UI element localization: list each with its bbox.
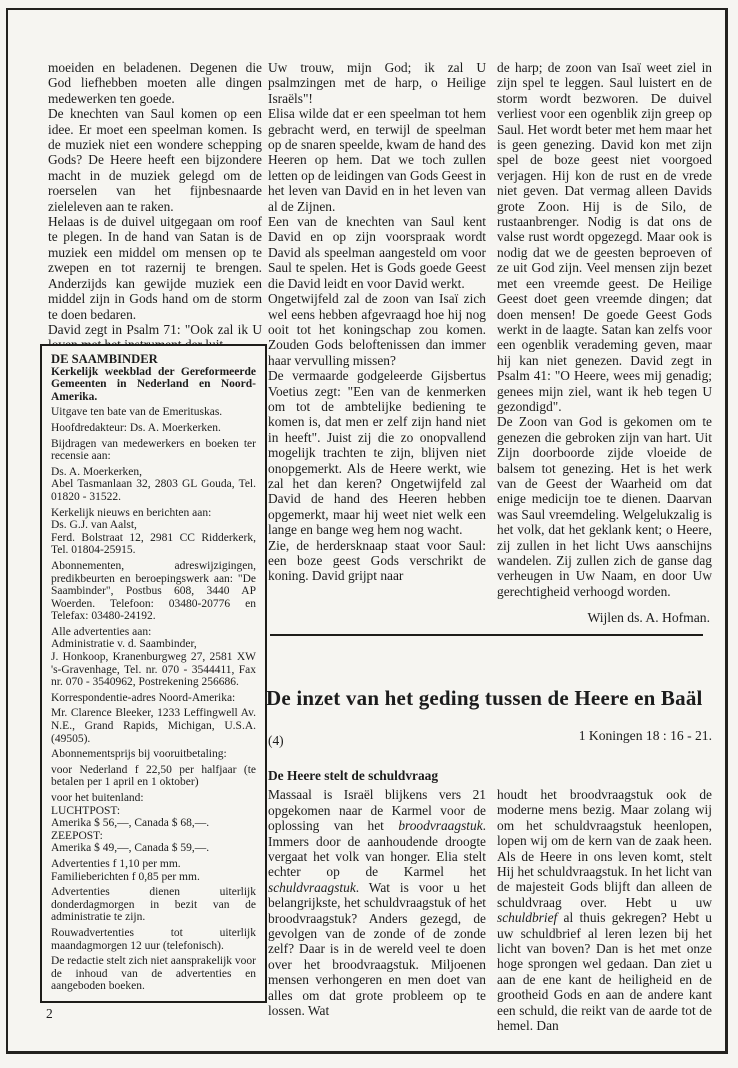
colophon-line: De redactie stelt zich niet aansprakelij… [51, 955, 256, 993]
article-bottom-column-right: houdt het broodvraagstuk ook de moderne … [497, 787, 712, 1034]
colophon-line: Ds. G.J. van Aalst, [51, 519, 256, 532]
article-headline: De inzet van het geding tussen de Heere … [266, 686, 716, 711]
scanned-newspaper-page: { "colors": { "paper": "#f6f5f1", "ink":… [0, 0, 738, 1068]
paragraph: Helaas is de duivel uitgegaan om roof te… [48, 214, 262, 322]
series-part-number: (4) [268, 733, 284, 749]
paragraph: Elisa wilde dat er een speelman tot hem … [268, 106, 486, 214]
page-number: 2 [46, 1006, 53, 1022]
colophon-line: Uitgave ten bate van de Emerituskas. [51, 406, 256, 419]
colophon-line: Ferd. Bolstraat 12, 2981 CC Ridderkerk, … [51, 532, 256, 557]
colophon-line: ZEEPOST: [51, 830, 256, 843]
paragraph: de harp; de zoon van Isaï weet ziel in z… [497, 60, 712, 414]
paragraph: Zie, de herdersknaap staat voor Saul: ee… [268, 538, 486, 584]
article-top-column-1: moeiden en beladenen. Degenen die God li… [48, 60, 262, 353]
paragraph: De vermaarde godgeleerde Gijsbertus Voet… [268, 368, 486, 537]
colophon-line: Abel Tasmanlaan 32, 2803 GL Gouda, Tel. … [51, 478, 256, 503]
paragraph: Uw trouw, mijn God; ik zal U psalmzingen… [268, 60, 486, 106]
article-top-column-2: Uw trouw, mijn God; ik zal U psalmzingen… [268, 60, 486, 584]
colophon-line: Abonnementsprijs bij vooruitbetaling: [51, 748, 256, 761]
colophon-line: Alle advertenties aan: [51, 626, 256, 639]
colophon-line: Rouwadvertenties tot uiterlijk maandagmo… [51, 927, 256, 952]
colophon-line: Amerika $ 49,—, Canada $ 59,—. [51, 842, 256, 855]
colophon-line: Korrespondentie-adres Noord-Amerika: [51, 692, 256, 705]
paragraph: Ongetwijfeld zal de zoon van Isaï zich w… [268, 291, 486, 368]
paragraph: De knechten van Saul komen op een idee. … [48, 106, 262, 214]
colophon-line: Advertenties dienen uiterlijk donderdagm… [51, 886, 256, 924]
colophon-line: Amerika $ 56,—, Canada $ 68,—. [51, 817, 256, 830]
article-subhead: De Heere stelt de schuldvraag [268, 768, 486, 783]
colophon-line: Kerkelijk nieuws en berichten aan: [51, 507, 256, 520]
paragraph: Een van de knechten van Saul kent David … [268, 214, 486, 291]
colophon-line: Mr. Clarence Bleeker, 1233 Leffingwell A… [51, 707, 256, 745]
colophon-line: J. Honkoop, Kranenburgweg 27, 2581 XW 's… [51, 651, 256, 689]
colophon-line: Kerkelijk weekblad der Gereformeerde Gem… [51, 366, 256, 404]
colophon-line: DE SAAMBINDER [51, 353, 256, 366]
colophon-line: Familieberichten f 0,85 per mm. [51, 871, 256, 884]
article-top-column-3: de harp; de zoon van Isaï weet ziel in z… [497, 60, 712, 599]
scripture-reference: 1 Koningen 18 : 16 - 21. [497, 728, 712, 744]
paragraph: moeiden en beladenen. Degenen die God li… [48, 60, 262, 106]
colophon-line: voor het buitenland: [51, 792, 256, 805]
colophon-line: Administratie v. d. Saambinder, [51, 638, 256, 651]
paragraph: houdt het broodvraagstuk ook de moderne … [497, 787, 712, 1034]
colophon-line: LUCHTPOST: [51, 805, 256, 818]
article-bottom-column-left: De Heere stelt de schuldvraag Massaal is… [268, 768, 486, 1019]
author-signature: Wijlen ds. A. Hofman. [497, 610, 710, 626]
colophon-line: Abonnementen, adreswijzigingen, predikbe… [51, 560, 256, 623]
colophon-line: voor Nederland f 22,50 per halfjaar (te … [51, 764, 256, 789]
paragraph: Massaal is Israël blijkens vers 21 opgek… [268, 787, 486, 1018]
colophon-box: DE SAAMBINDERKerkelijk weekblad der Gere… [40, 344, 267, 1003]
colophon-line: Advertenties f 1,10 per mm. [51, 858, 256, 871]
colophon-line: Hoofdredakteur: Ds. A. Moerkerken. [51, 422, 256, 435]
paragraph: De Zoon van God is gekomen om te genezen… [497, 414, 712, 599]
colophon-line: Bijdragen van medewerkers en boeken ter … [51, 438, 256, 463]
section-divider-rule [270, 634, 703, 636]
colophon-line: Ds. A. Moerkerken, [51, 466, 256, 479]
